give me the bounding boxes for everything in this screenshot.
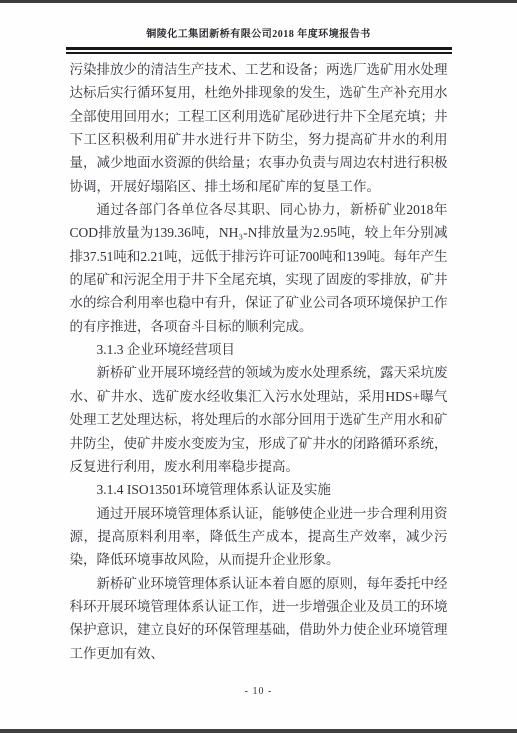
report-header-title: 铜陵化工集团新桥有限公司2018 年度环境报告书 xyxy=(0,25,517,40)
paragraph-cleaner-production-continued: 污染排放少的清洁生产技术、工艺和设备；两选厂选矿用水处理达标后实行循环复用，杜绝… xyxy=(70,58,448,198)
report-page: { "page": { "header": { "title": "铜陵化工集团… xyxy=(0,0,517,733)
section-heading-3-1-4: 3.1.4 ISO13501环境管理体系认证及实施 xyxy=(70,478,448,501)
document-body: 污染排放少的清洁生产技术、工艺和设备；两选厂选矿用水处理达标后实行循环复用，杜绝… xyxy=(70,54,448,665)
header-double-rule xyxy=(66,47,452,54)
paragraph-environmental-operation: 新桥矿业开展环境经营的领域为废水处理系统，露天采坑废水、矿井水、选矿废水经收集汇… xyxy=(70,361,448,478)
paragraph-certification-benefits: 通过开展环境管理体系认证，能够使企业进一步合理利用资源，提高原料利用率，降低生产… xyxy=(70,502,448,572)
paragraph-certification-implementation: 新桥矿业环境管理体系认证本着自愿的原则，每年委托中经科环开展环境管理体系认证工作… xyxy=(70,572,448,665)
section-heading-3-1-3: 3.1.3 企业环境经营项目 xyxy=(70,338,448,361)
page-header: 铜陵化工集团新桥有限公司2018 年度环境报告书 xyxy=(0,0,517,54)
page-bottom-edge xyxy=(0,729,517,733)
page-number: - 10 - xyxy=(0,686,517,697)
page-top-edge xyxy=(0,0,517,3)
paragraph-emission-results: 通过各部门各单位各尽其职、同心协力，新桥矿业2018年COD排放量为139.36… xyxy=(70,198,448,338)
